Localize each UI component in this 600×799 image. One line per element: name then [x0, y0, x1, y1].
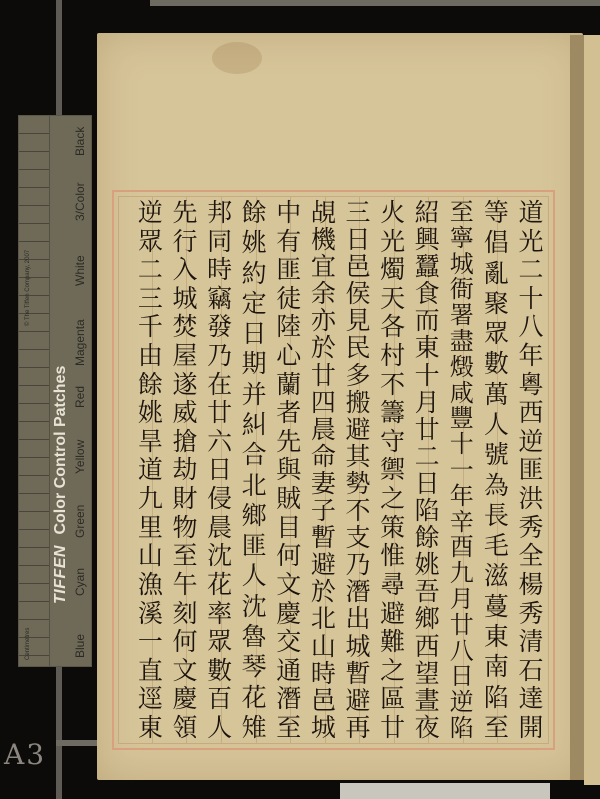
manuscript-char: 而 [415, 308, 440, 333]
manuscript-char: 乃 [345, 552, 370, 577]
manuscript-char: 望 [415, 661, 440, 686]
manuscript-char: 二 [518, 257, 543, 282]
manuscript-char: 機 [311, 227, 336, 252]
manuscript-column: 餘姚約定日期并糾合北鄉匪人沈魯琴花雉 [237, 200, 271, 740]
manuscript-char: 同 [207, 229, 232, 254]
manuscript-char: 於 [311, 579, 336, 604]
manuscript-char: 開 [518, 715, 543, 740]
manuscript-char: 民 [345, 335, 370, 360]
manuscript-char: 徒 [276, 286, 301, 311]
manuscript-char: 村 [380, 343, 405, 368]
manuscript-char: 文 [172, 658, 197, 683]
manuscript-column: 逆眾二三千由餘姚旱道九里山漁溪一直逕東 [133, 200, 167, 740]
brand-logo: TIFFEN [52, 545, 69, 604]
manuscript-char: 者 [276, 400, 301, 425]
manuscript-char: 花 [207, 572, 232, 597]
manuscript-char: 興 [415, 227, 440, 252]
manuscript-char: 八 [450, 639, 474, 663]
manuscript-char: 道 [138, 457, 163, 482]
manuscript-char: 秀 [518, 601, 543, 626]
manuscript-char: 北 [242, 473, 267, 498]
manuscript-char: 月 [450, 587, 474, 611]
manuscript-char: 光 [380, 229, 405, 254]
manuscript-char: 漁 [138, 572, 163, 597]
manuscript-char: 東 [415, 335, 440, 360]
manuscript-char: 城 [345, 634, 370, 659]
manuscript-char: 屋 [172, 343, 197, 368]
manuscript-char: 日 [345, 227, 370, 252]
manuscript-char: 人 [484, 412, 509, 437]
manuscript-char: 雉 [242, 715, 267, 740]
strip-title: Color Control Patches [52, 366, 69, 535]
patch-label: Blue [73, 634, 87, 658]
manuscript-char: 十 [450, 432, 474, 456]
manuscript-char: 眾 [484, 321, 509, 346]
manuscript-char: 光 [518, 229, 543, 254]
manuscript-char: 約 [242, 261, 267, 286]
manuscript-char: 暫 [311, 525, 336, 550]
manuscript-char: 蠶 [415, 254, 440, 279]
water-stain [212, 42, 262, 74]
manuscript-char: 亂 [484, 261, 509, 286]
manuscript-char: 酉 [450, 535, 474, 559]
manuscript-char: 東 [484, 624, 509, 649]
manuscript-char: 十 [518, 286, 543, 311]
manuscript-char: 全 [518, 543, 543, 568]
patch-label: Green [73, 505, 87, 538]
manuscript-char: 西 [415, 634, 440, 659]
manuscript-char: 守 [380, 429, 405, 454]
manuscript-char: 劫 [172, 457, 197, 482]
manuscript-char: 慶 [276, 601, 301, 626]
manuscript-char: 毛 [484, 533, 509, 558]
patch-label: Red [73, 386, 87, 408]
manuscript-char: 何 [276, 543, 301, 568]
manuscript-char: 逆 [518, 429, 543, 454]
manuscript-char: 逆 [138, 200, 163, 225]
manuscript-char: 數 [207, 658, 232, 683]
manuscript-char: 四 [311, 390, 336, 415]
manuscript-char: 數 [484, 351, 509, 376]
manuscript-char: 火 [380, 200, 405, 225]
manuscript-char: 鄉 [242, 503, 267, 528]
manuscript-char: 潛 [276, 686, 301, 711]
copyright-text: © The Tiffen Company, 2007 [25, 250, 31, 326]
manuscript-char: 陷 [484, 685, 509, 710]
manuscript-char: 不 [345, 498, 370, 523]
manuscript-char: 避 [380, 601, 405, 626]
manuscript-char: 東 [138, 715, 163, 740]
manuscript-char: 姚 [415, 552, 440, 577]
manuscript-char: 咸 [450, 381, 474, 405]
manuscript-char: 旱 [138, 429, 163, 454]
manuscript-char: 廿 [450, 613, 474, 637]
manuscript-char: 聚 [484, 291, 509, 316]
manuscript-char: 搬 [345, 390, 370, 415]
manuscript-char: 二 [138, 257, 163, 282]
manuscript-char: 午 [172, 572, 197, 597]
manuscript-char: 勢 [345, 471, 370, 496]
manuscript-char: 九 [450, 561, 474, 585]
manuscript-char: 至 [450, 200, 474, 224]
manuscript-char: 區 [380, 686, 405, 711]
manuscript-char: 亦 [311, 308, 336, 333]
manuscript-char: 晨 [311, 417, 336, 442]
manuscript-char: 西 [518, 400, 543, 425]
manuscript-char: 魯 [242, 624, 267, 649]
manuscript-char: 出 [345, 606, 370, 631]
manuscript-char: 合 [242, 442, 267, 467]
manuscript-char: 花 [242, 685, 267, 710]
manuscript-char: 沈 [242, 594, 267, 619]
manuscript-char: 餘 [415, 525, 440, 550]
manuscript-column: 三日邑侯見民多搬避其勢不支乃潛出城暫避再 [341, 200, 375, 740]
manuscript-char: 再 [345, 715, 370, 740]
manuscript-char: 年 [518, 343, 543, 368]
manuscript-char: 領 [172, 715, 197, 740]
manuscript-char: 搶 [172, 429, 197, 454]
manuscript-char: 千 [138, 314, 163, 339]
manuscript-char: 之 [380, 658, 405, 683]
manuscript-char: 萬 [484, 382, 509, 407]
manuscript-char: 至 [276, 715, 301, 740]
manuscript-char: 沈 [207, 543, 232, 568]
manuscript-char: 發 [207, 314, 232, 339]
manuscript-char: 避 [345, 417, 370, 442]
manuscript-char: 滋 [484, 563, 509, 588]
manuscript-char: 暫 [345, 661, 370, 686]
manuscript-column: 至寧城衙署盡燬咸豐十一年辛酉九月廿八日逆陷 [445, 200, 479, 740]
manuscript-char: 威 [172, 400, 197, 425]
manuscript-char: 之 [380, 486, 405, 511]
manuscript-char: 月 [415, 390, 440, 415]
manuscript-char: 財 [172, 486, 197, 511]
manuscript-char: 匪 [242, 533, 267, 558]
page-label: A3 [4, 738, 46, 771]
manuscript-char: 入 [172, 257, 197, 282]
manuscript-char: 刻 [172, 601, 197, 626]
manuscript-char: 策 [380, 515, 405, 540]
manuscript-char: 眾 [138, 229, 163, 254]
manuscript-char: 年 [450, 484, 474, 508]
manuscript-char: 食 [415, 281, 440, 306]
manuscript-char: 城 [311, 715, 336, 740]
manuscript-char: 晨 [207, 515, 232, 540]
patch-labels: Blue Cyan Green Yellow Red Magenta White… [71, 116, 91, 666]
background-frame-top [150, 0, 600, 6]
manuscript-char: 邑 [345, 254, 370, 279]
manuscript-char: 姚 [242, 230, 267, 255]
manuscript-char: 燬 [450, 355, 474, 379]
manuscript-char: 潛 [345, 579, 370, 604]
manuscript-column: 道光二十八年粵西逆匪洪秀全楊秀清石達開 [514, 200, 548, 740]
manuscript-char: 其 [345, 444, 370, 469]
manuscript-char: 號 [484, 442, 509, 467]
manuscript-char: 見 [345, 308, 370, 333]
manuscript-char: 何 [172, 629, 197, 654]
manuscript-char: 八 [518, 314, 543, 339]
manuscript-char: 慶 [172, 686, 197, 711]
strip-brand-row: TIFFEN Color Control Patches [52, 116, 72, 666]
manuscript-char: 二 [415, 444, 440, 469]
manuscript-char: 余 [311, 281, 336, 306]
facing-page-edge [584, 35, 600, 785]
manuscript-char: 姚 [138, 400, 163, 425]
manuscript-char: 蔓 [484, 594, 509, 619]
manuscript-char: 目 [276, 515, 301, 540]
patch-label: Black [73, 127, 87, 156]
manuscript-char: 九 [138, 486, 163, 511]
manuscript-char: 心 [276, 343, 301, 368]
manuscript-char: 盡 [450, 329, 474, 353]
manuscript-char: 楊 [518, 572, 543, 597]
manuscript-char: 先 [172, 200, 197, 225]
patch-label: White [73, 255, 87, 286]
manuscript-char: 日 [242, 321, 267, 346]
manuscript-char: 城 [172, 286, 197, 311]
manuscript-char: 署 [450, 303, 474, 327]
manuscript-char: 達 [518, 686, 543, 711]
book-spine [570, 35, 584, 780]
manuscript-char: 廿 [415, 417, 440, 442]
manuscript-char: 吾 [415, 579, 440, 604]
manuscript-char: 中 [276, 200, 301, 225]
manuscript-char: 先 [276, 429, 301, 454]
manuscript-char: 十 [415, 363, 440, 388]
manuscript-char: 紹 [415, 200, 440, 225]
manuscript-char: 廿 [207, 400, 232, 425]
manuscript-char: 難 [380, 629, 405, 654]
manuscript-char: 與 [276, 457, 301, 482]
manuscript-column: 先行入城焚屋遂威搶劫財物至午刻何文慶領 [168, 200, 202, 740]
manuscript-char: 日 [415, 471, 440, 496]
manuscript-char: 廿 [311, 363, 336, 388]
manuscript-column: 覘機宜余亦於廿四晨命妻子暫避於北山時邑城 [306, 200, 340, 740]
manuscript-char: 率 [207, 601, 232, 626]
manuscript-char: 逕 [138, 686, 163, 711]
manuscript-char: 多 [345, 363, 370, 388]
manuscript-char: 秀 [518, 515, 543, 540]
manuscript-char: 廿 [380, 715, 405, 740]
manuscript-char: 由 [138, 343, 163, 368]
manuscript-char: 支 [345, 525, 370, 550]
manuscript-column: 中有匪徒陸心蘭者先與賊目何文慶交通潛至 [272, 200, 306, 740]
manuscript-char: 不 [380, 372, 405, 397]
patch-label: 3/Color [73, 182, 87, 221]
manuscript-char: 尋 [380, 572, 405, 597]
manuscript-char: 鄉 [415, 606, 440, 631]
manuscript-char: 三 [345, 200, 370, 225]
manuscript-column: 紹興蠶食而東十月廿二日陷餘姚吾鄉西望晝夜 [410, 200, 444, 740]
manuscript-char: 蘭 [276, 372, 301, 397]
patch-label: Cyan [73, 568, 87, 596]
manuscript-char: 至 [172, 543, 197, 568]
manuscript-char: 燭 [380, 257, 405, 282]
manuscript-char: 等 [484, 200, 509, 225]
manuscript-char: 覘 [311, 200, 336, 225]
manuscript-column: 火光燭天各村不籌守禦之策惟尋避難之區廿 [376, 200, 410, 740]
manuscript-char: 里 [138, 515, 163, 540]
manuscript-char: 南 [484, 654, 509, 679]
manuscript-char: 交 [276, 629, 301, 654]
manuscript-char: 時 [311, 661, 336, 686]
manuscript-char: 粵 [518, 372, 543, 397]
manuscript-char: 匪 [518, 457, 543, 482]
ruler-unit-label: Centimetres [25, 628, 31, 660]
manuscript-char: 清 [518, 629, 543, 654]
manuscript-char: 竊 [207, 286, 232, 311]
manuscript-char: 六 [207, 429, 232, 454]
manuscript-char: 山 [311, 634, 336, 659]
manuscript-char: 石 [518, 658, 543, 683]
manuscript-char: 人 [242, 563, 267, 588]
manuscript-char: 邦 [207, 200, 232, 225]
manuscript-char: 一 [138, 629, 163, 654]
manuscript-char: 避 [311, 552, 336, 577]
manuscript-char: 逆 [450, 690, 474, 714]
manuscript-char: 時 [207, 257, 232, 282]
manuscript-char: 城 [450, 252, 474, 276]
manuscript-char: 人 [207, 715, 232, 740]
manuscript-char: 山 [138, 543, 163, 568]
manuscript-char: 豐 [450, 406, 474, 430]
manuscript-char: 宜 [311, 254, 336, 279]
manuscript-char: 辛 [450, 510, 474, 534]
manuscript-char: 陷 [415, 498, 440, 523]
manuscript-char: 期 [242, 351, 267, 376]
manuscript-char: 寧 [450, 226, 474, 250]
manuscript-char: 通 [276, 658, 301, 683]
manuscript-char: 眾 [207, 629, 232, 654]
manuscript-char: 一 [450, 458, 474, 482]
manuscript-char: 并 [242, 382, 267, 407]
manuscript-char: 餘 [242, 200, 267, 225]
manuscript-char: 長 [484, 503, 509, 528]
manuscript-char: 在 [207, 372, 232, 397]
manuscript-char: 晝 [415, 688, 440, 713]
manuscript-char: 陸 [276, 314, 301, 339]
patch-label: Yellow [73, 440, 87, 474]
manuscript-char: 命 [311, 444, 336, 469]
manuscript-char: 天 [380, 286, 405, 311]
strip-small-print: Centimetres © The Tiffen Company, 2007 [25, 116, 31, 666]
manuscript-char: 日 [450, 664, 474, 688]
manuscript-char: 遂 [172, 372, 197, 397]
manuscript-char: 定 [242, 291, 267, 316]
manuscript-char: 糾 [242, 412, 267, 437]
manuscript-char: 邑 [311, 688, 336, 713]
manuscript-char: 為 [484, 473, 509, 498]
manuscript-char: 避 [345, 688, 370, 713]
manuscript-char: 衙 [450, 277, 474, 301]
manuscript-char: 侯 [345, 281, 370, 306]
manuscript-char: 琴 [242, 654, 267, 679]
manuscript-char: 禦 [380, 457, 405, 482]
background-card [340, 783, 550, 799]
manuscript-char: 侵 [207, 486, 232, 511]
manuscript-char: 至 [484, 715, 509, 740]
manuscript-char: 直 [138, 658, 163, 683]
manuscript-char: 北 [311, 606, 336, 631]
manuscript-char: 三 [138, 286, 163, 311]
manuscript-char: 文 [276, 572, 301, 597]
patch-label: Magenta [73, 319, 87, 366]
manuscript-char: 餘 [138, 372, 163, 397]
manuscript-char: 有 [276, 229, 301, 254]
manuscript-char: 乃 [207, 343, 232, 368]
manuscript-column: 等倡亂聚眾數萬人號為長毛滋蔓東南陷至 [479, 200, 513, 740]
manuscript-char: 洪 [518, 486, 543, 511]
manuscript-char: 道 [518, 200, 543, 225]
strip-text-rotated: Centimetres © The Tiffen Company, 2007 T… [19, 116, 91, 666]
manuscript-char: 物 [172, 515, 197, 540]
manuscript-char: 籌 [380, 400, 405, 425]
manuscript-char: 行 [172, 229, 197, 254]
manuscript-char: 倡 [484, 230, 509, 255]
manuscript-char: 各 [380, 314, 405, 339]
manuscript-char: 惟 [380, 543, 405, 568]
manuscript-char: 妻 [311, 471, 336, 496]
manuscript-char: 於 [311, 335, 336, 360]
manuscript-char: 賊 [276, 486, 301, 511]
manuscript-char: 夜 [415, 715, 440, 740]
manuscript-column: 邦同時竊發乃在廿六日侵晨沈花率眾數百人 [203, 200, 237, 740]
manuscript-char: 子 [311, 498, 336, 523]
manuscript-char: 溪 [138, 601, 163, 626]
manuscript-char: 百 [207, 686, 232, 711]
manuscript-char: 匪 [276, 257, 301, 282]
color-control-strip: Centimetres © The Tiffen Company, 2007 T… [18, 115, 92, 667]
manuscript-char: 日 [207, 457, 232, 482]
manuscript-char: 焚 [172, 314, 197, 339]
manuscript-char: 陷 [450, 716, 474, 740]
